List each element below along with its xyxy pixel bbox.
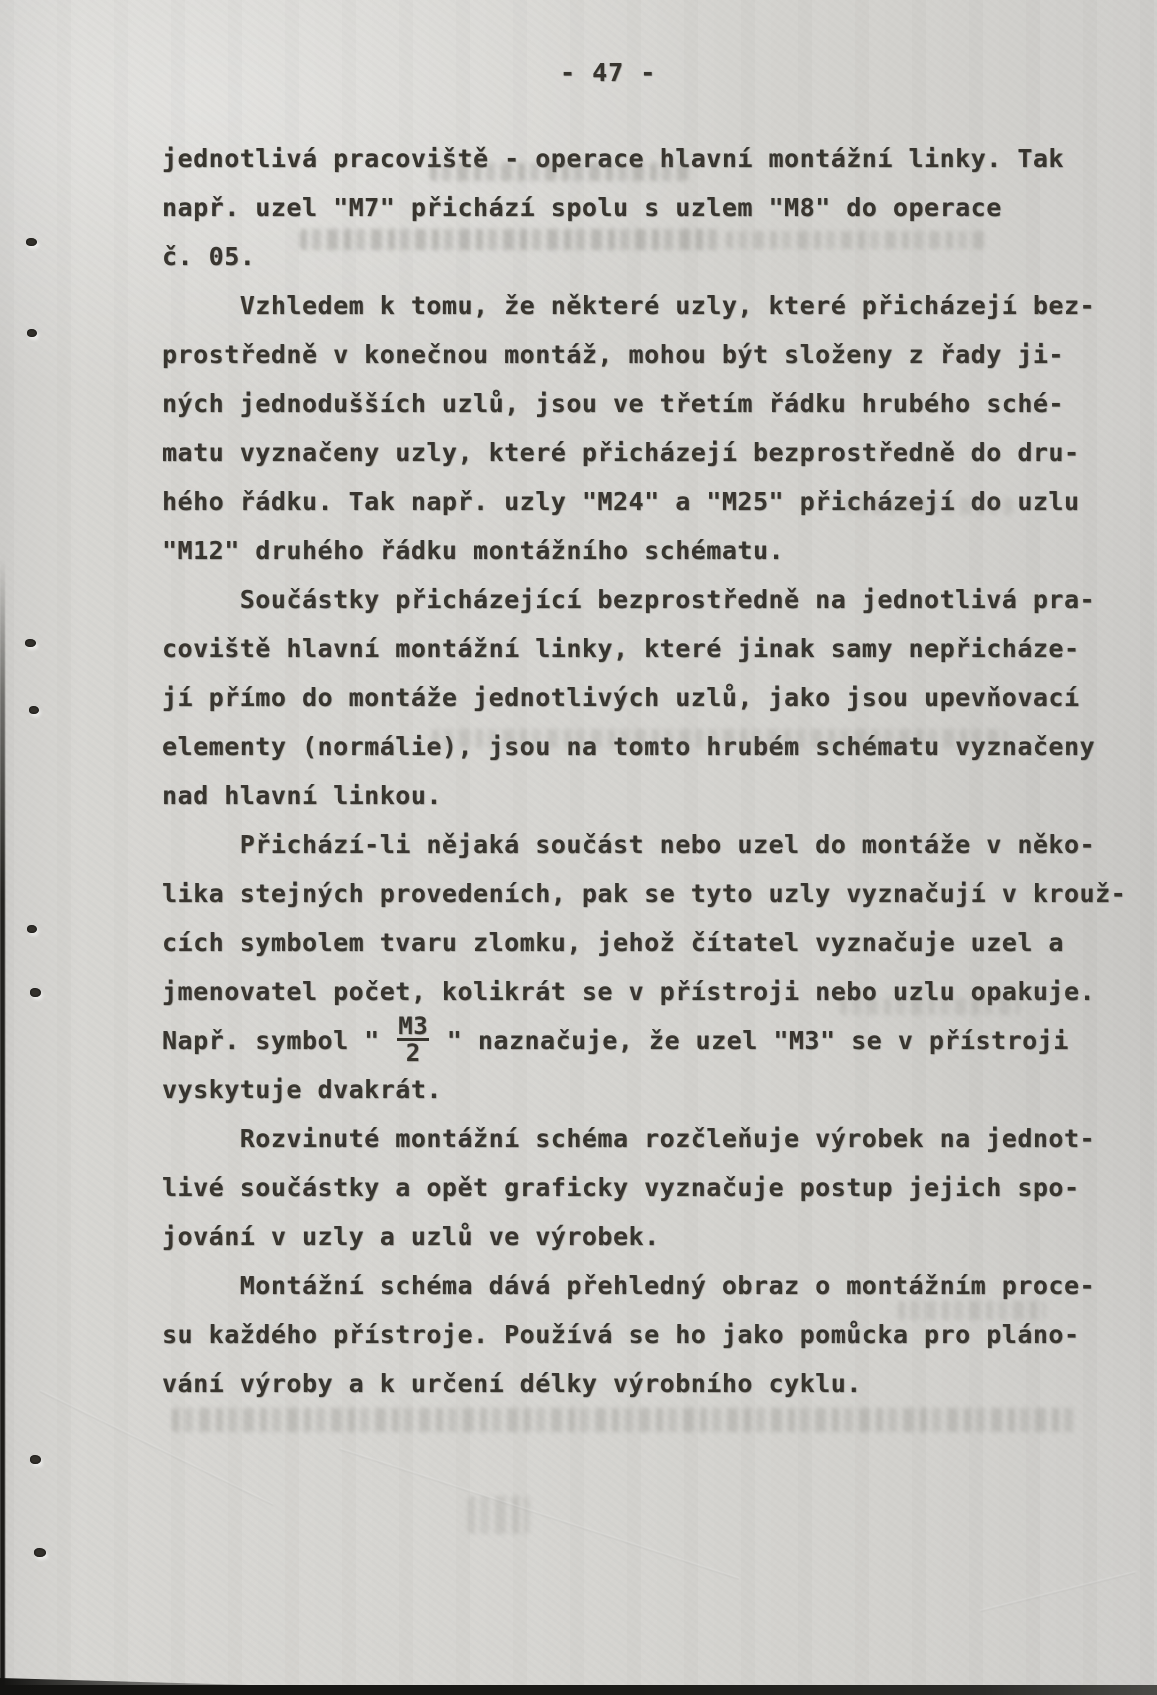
fraction-denominator: 2 — [397, 1041, 429, 1066]
fraction-line-pre: Např. symbol " — [162, 1026, 395, 1055]
ink-speck — [27, 329, 37, 337]
scan-left-edge-shadow — [0, 558, 5, 1695]
text-line: Součástky přicházející bezprostředně na … — [162, 575, 1142, 624]
text-line: matu vyznačeny uzly, které přicházejí be… — [162, 428, 1142, 477]
text-line: např. uzel "M7" přichází spolu s uzlem "… — [162, 183, 1142, 232]
text-line: Vzhledem k tomu, že některé uzly, které … — [162, 281, 1142, 330]
ink-speck — [30, 988, 41, 997]
text-line: vyskytuje dvakrát. — [162, 1065, 1142, 1114]
fraction-numerator: M3 — [397, 1014, 429, 1041]
ink-speck — [29, 706, 39, 714]
text-line: prostředně v konečnou montáž, mohou být … — [162, 330, 1142, 379]
text-line: jování v uzly a uzlů ve výrobek. — [162, 1212, 1142, 1261]
text-line: jednotlivá pracoviště - operace hlavní m… — [162, 134, 1142, 183]
text-line: vání výroby a k určení délky výrobního c… — [162, 1359, 1142, 1408]
text-line: Např. symbol " M32 " naznačuje, že uzel … — [162, 1016, 1142, 1065]
text-line: cích symbolem tvaru zlomku, jehož čítate… — [162, 918, 1142, 967]
ink-speck — [34, 1548, 46, 1557]
text-line: Přichází-li nějaká součást nebo uzel do … — [162, 820, 1142, 869]
ink-speck — [25, 639, 36, 647]
text-line: ných jednodušších uzlů, jsou ve třetím ř… — [162, 379, 1142, 428]
fraction-line-post: " naznačuje, že uzel "M3" se v přístroji — [431, 1026, 1069, 1055]
fraction-symbol: M32 — [397, 1014, 429, 1066]
text-line: su každého přístroje. Používá se ho jako… — [162, 1310, 1142, 1359]
text-line: hého řádku. Tak např. uzly "M24" a "M25"… — [162, 477, 1142, 526]
text-line: elementy (normálie), jsou na tomto hrubé… — [162, 722, 1142, 771]
text-line: jmenovatel počet, kolikrát se v přístroj… — [162, 967, 1142, 1016]
text-line: č. 05. — [162, 232, 1142, 281]
text-line: Montážní schéma dává přehledný obraz o m… — [162, 1261, 1142, 1310]
text-line: Rozvinuté montážní schéma rozčleňuje výr… — [162, 1114, 1142, 1163]
text-line: nad hlavní linkou. — [162, 771, 1142, 820]
typewritten-text-block: jednotlivá pracoviště - operace hlavní m… — [162, 134, 1142, 1408]
scan-bottom-edge-band — [0, 1685, 1157, 1695]
ink-speck — [30, 1455, 41, 1464]
text-line: livé součástky a opět graficky vyznačuje… — [162, 1163, 1142, 1212]
scanned-document-page: { "document": { "page_number": "- 47 -",… — [0, 0, 1157, 1695]
text-line: jí přímo do montáže jednotlivých uzlů, j… — [162, 673, 1142, 722]
ink-speck — [27, 925, 37, 933]
page-number: - 47 - — [560, 58, 656, 87]
text-line: "M12" druhého řádku montážního schématu. — [162, 526, 1142, 575]
text-line: lika stejných provedeních, pak se tyto u… — [162, 869, 1142, 918]
text-line: coviště hlavní montážní linky, které jin… — [162, 624, 1142, 673]
ink-speck — [26, 238, 37, 246]
